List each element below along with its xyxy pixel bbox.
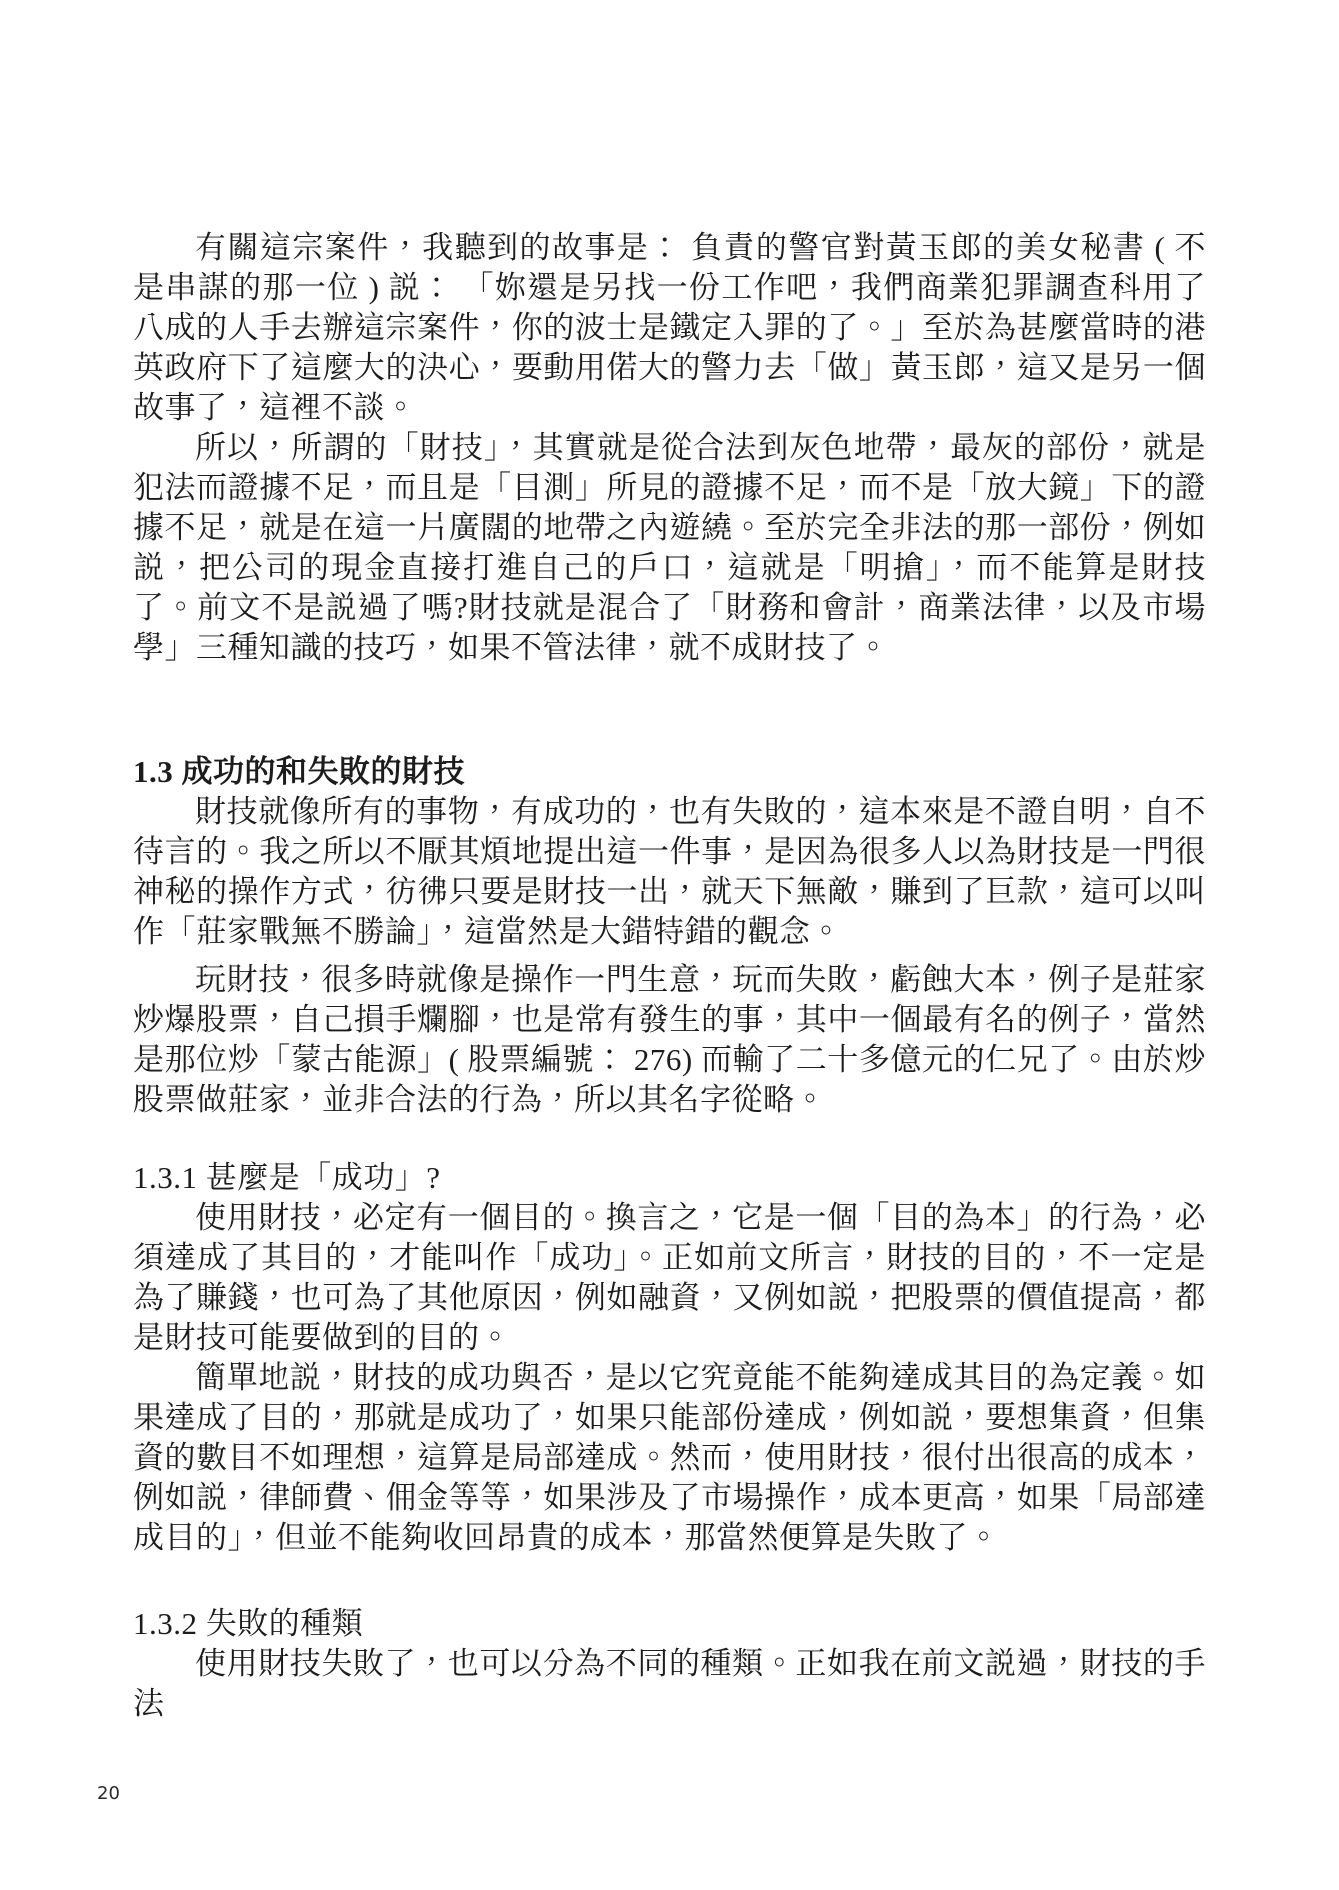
paragraph-failure-types: 使用財技失敗了，也可以分為不同的種類。正如我在前文説過，財技的手法 xyxy=(133,1644,1206,1724)
paragraph-purpose-of-fintech: 使用財技，必定有一個目的。換言之，它是一個「目的為本」的行為，必須達成了其目的，… xyxy=(133,1198,1206,1358)
subsection-heading-1-3-1: 1.3.1 甚麼是「成功」? xyxy=(133,1158,1206,1198)
page-number: 20 xyxy=(97,1783,120,1805)
paragraph-fintech-definition: 所以，所謂的「財技」，其實就是從合法到灰色地帶，最灰的部份，就是犯法而證據不足，… xyxy=(133,428,1206,668)
subsection-heading-1-3-2: 1.3.2 失敗的種類 xyxy=(133,1604,1206,1644)
page-text-block: 有關這宗案件，我聽到的故事是： 負責的警官對黃玉郎的美女秘書 ( 不是串謀的那一… xyxy=(133,228,1206,1724)
section-heading-1-3: 1.3 成功的和失敗的財技 xyxy=(133,752,1206,792)
paragraph-case-story: 有關這宗案件，我聽到的故事是： 負責的警官對黃玉郎的美女秘書 ( 不是串謀的那一… xyxy=(133,228,1206,428)
paragraph-success-failure-intro: 財技就像所有的事物，有成功的，也有失敗的，這本來是不證自明，自不待言的。我之所以… xyxy=(133,792,1206,952)
book-page: 有關這宗案件，我聽到的故事是： 負責的警官對黃玉郎的美女秘書 ( 不是串謀的那一… xyxy=(0,0,1339,1890)
paragraph-mongolia-energy-example: 玩財技，很多時就像是操作一門生意，玩而失敗，虧蝕大本，例子是莊家炒爆股票，自己損… xyxy=(133,960,1206,1120)
paragraph-success-definition: 簡單地説，財技的成功與否，是以它究竟能不能夠達成其目的為定義。如果達成了目的，那… xyxy=(133,1358,1206,1558)
